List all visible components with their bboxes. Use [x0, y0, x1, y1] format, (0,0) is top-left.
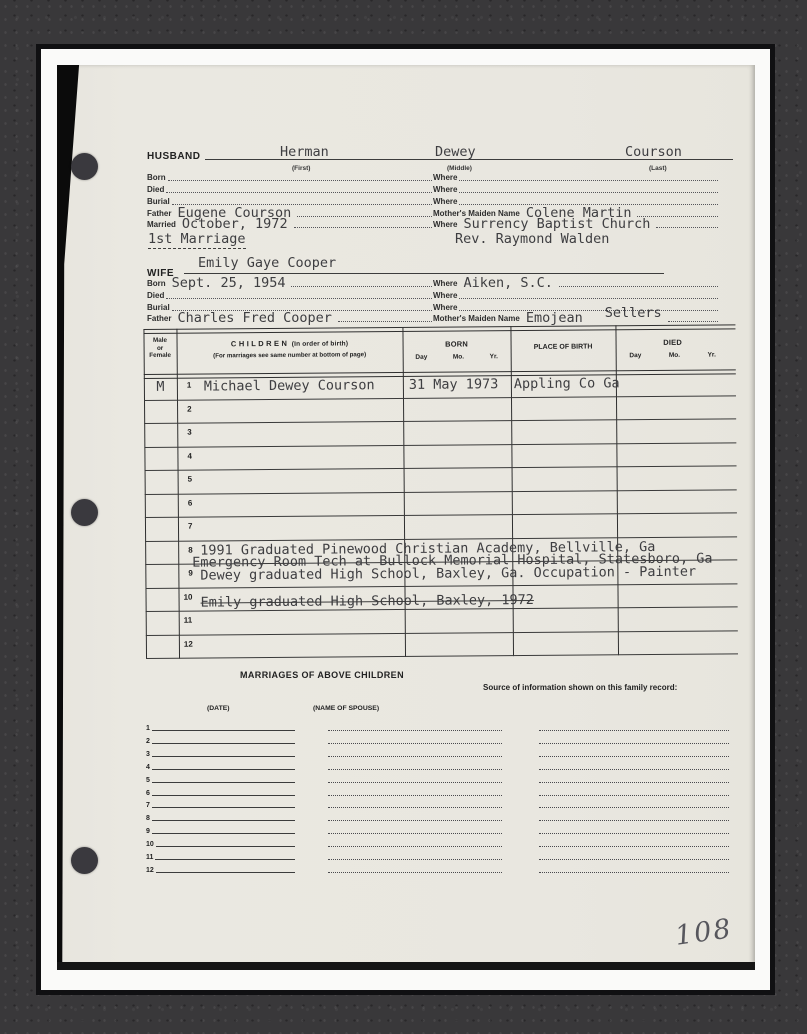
form-field-row: DiedWhere	[147, 182, 719, 194]
table-row-line	[144, 442, 736, 448]
marriage-line-number: 7	[146, 802, 150, 809]
field-value-typed: Sept. 25, 1954	[167, 278, 291, 289]
field-left-half: Born	[147, 173, 433, 182]
marriage-date-row: 3	[146, 749, 295, 758]
marriage-date-row: 12	[146, 865, 295, 874]
field-right-half: WhereAiken, S.C.	[433, 278, 719, 288]
marriage-spouse-line	[328, 820, 502, 821]
field-left-half: MarriedOctober, 1972	[147, 219, 433, 229]
field-label: Died	[147, 291, 165, 300]
spouse-column-label: (NAME OF SPOUSE)	[313, 705, 379, 712]
source-of-information-line	[539, 730, 729, 731]
date-column-label: (DATE)	[207, 705, 230, 712]
field-label: Born	[147, 173, 167, 182]
marriage-spouse-line	[328, 743, 502, 744]
source-of-information-line	[539, 756, 729, 757]
source-of-information-line	[539, 807, 729, 808]
field-label: Where	[433, 220, 458, 229]
child-row-number: 12	[184, 639, 193, 648]
table-row-line	[146, 653, 738, 659]
source-of-information-line	[539, 872, 729, 873]
dotted-rule	[166, 296, 432, 299]
field-label: Died	[147, 185, 165, 194]
field-label: Born	[147, 279, 167, 288]
children-table: Male or Female C H I L D R E N (In order…	[143, 324, 738, 660]
marriage-line-number: 10	[146, 841, 154, 848]
form-field-row: BurialWhere	[147, 194, 719, 206]
dotted-rule	[459, 178, 718, 181]
marriage-date-row: 8	[146, 813, 295, 822]
family-note: Emily graduated High School, Baxley, 197…	[201, 593, 534, 609]
marriage-date-line	[152, 833, 295, 834]
field-value-typed: Aiken, S.C.	[458, 278, 557, 289]
marriage-spouse-line	[328, 859, 502, 860]
field-right-half: Where	[433, 291, 719, 300]
marriage-date-row: 6	[146, 788, 295, 797]
form-field-row: FatherCharles Fred CooperMother's Maiden…	[147, 312, 719, 324]
table-row-line	[145, 583, 737, 589]
marriage-spouse-line	[328, 730, 502, 731]
marriage-date-row: 5	[146, 775, 295, 784]
field-label: Where	[433, 291, 458, 300]
scanned-family-record-page: HUSBAND Herman Dewey Courson (First) (Mi…	[57, 65, 755, 970]
husband-last-name: Courson	[625, 146, 682, 159]
marriages-title: MARRIAGES OF ABOVE CHILDREN	[197, 670, 447, 680]
child-born-date: 31 May 1973	[409, 378, 499, 392]
form-field-row: BornWhere	[147, 170, 719, 182]
marriage-date-row: 9	[146, 826, 295, 835]
marriage-line-number: 5	[146, 777, 150, 784]
marriage-spouse-line	[328, 846, 502, 847]
marriage-spouse-line	[328, 833, 502, 834]
dotted-rule	[668, 319, 718, 322]
field-left-half: Died	[147, 185, 433, 194]
marriage-spouse-line	[328, 807, 502, 808]
dotted-rule	[338, 319, 432, 322]
field-value-typed: Charles Fred Cooper	[172, 313, 336, 324]
dotted-rule	[459, 296, 718, 299]
field-left-half: Died	[147, 291, 433, 300]
family-note: Dewey graduated High School, Baxley, Ga.…	[200, 566, 696, 583]
marriage-date-row: 2	[146, 736, 295, 745]
born-column-header: BORN DayMo.Yr.	[403, 339, 511, 361]
marriage-line-number: 9	[146, 828, 150, 835]
wife-name-line	[184, 273, 664, 274]
field-label: Where	[433, 185, 458, 194]
marriage-date-line	[152, 795, 295, 796]
source-of-information-line	[539, 769, 729, 770]
field-right-half: Where	[433, 185, 719, 194]
table-row-line	[145, 465, 737, 471]
field-label: Father	[147, 209, 172, 218]
marriage-date-row: 10	[146, 839, 295, 848]
table-row-line	[144, 395, 736, 401]
marriage-date-line	[152, 743, 295, 744]
marriage-line-number: 3	[146, 751, 150, 758]
dotted-rule	[168, 178, 432, 181]
field-label: Mother's Maiden Name	[433, 314, 521, 323]
child-row-number: 2	[187, 404, 192, 413]
field-right-half: Where	[433, 173, 719, 182]
marriage-spouse-line	[328, 795, 502, 796]
sex-column-header: Male or Female	[144, 337, 177, 360]
marriage-spouse-line	[328, 756, 502, 757]
field-label: Where	[433, 303, 458, 312]
source-of-information-line	[539, 820, 729, 821]
field-label: Married	[147, 220, 177, 229]
source-of-information-line	[539, 795, 729, 796]
table-row-line	[145, 512, 737, 518]
photo-frame: HUSBAND Herman Dewey Courson (First) (Mi…	[36, 44, 775, 995]
source-of-information-line	[539, 859, 729, 860]
table-row-line	[144, 418, 736, 424]
child-row-number: 6	[188, 498, 193, 507]
field-label: Where	[433, 173, 458, 182]
source-of-information-line	[539, 833, 729, 834]
marriage-spouse-line	[328, 769, 502, 770]
handwritten-page-number: 108	[673, 913, 734, 952]
marriage-spouse-line	[328, 782, 502, 783]
marriage-line-number: 4	[146, 764, 150, 771]
child-sex: M	[144, 381, 177, 394]
child-row-number: 5	[188, 475, 193, 484]
dotted-rule	[166, 190, 432, 193]
child-row-number: 10	[184, 592, 193, 601]
child-row-number: 1	[187, 381, 192, 390]
source-of-information-line	[539, 782, 729, 783]
field-right-half: WhereSurrency Baptist Church	[433, 219, 719, 229]
wife-fields: BornSept. 25, 1954WhereAiken, S.C.DiedWh…	[147, 276, 719, 323]
place-of-birth-column-header: PLACE OF BIRTH	[511, 343, 616, 351]
husband-middle-name: Dewey	[435, 146, 476, 159]
child-row-number: 7	[188, 522, 193, 531]
hole-punch	[71, 499, 98, 526]
source-of-information-label: Source of information shown on this fami…	[483, 683, 678, 693]
field-label: Burial	[147, 197, 171, 206]
marriage-line-number: 2	[146, 738, 150, 745]
child-place-of-birth: Appling Co Ga	[514, 377, 620, 391]
source-of-information-line	[539, 743, 729, 744]
wife-name: Emily Gaye Cooper	[198, 257, 336, 270]
marriage-order-note: 1st Marriage	[148, 233, 246, 249]
husband-name-line	[205, 159, 733, 160]
marriage-date-row: 4	[146, 762, 295, 771]
scan-edge-bottom	[57, 962, 755, 970]
hole-punch	[71, 847, 98, 874]
child-row-number: 8	[188, 545, 193, 554]
field-label: Where	[433, 279, 458, 288]
dotted-rule	[294, 225, 432, 228]
field-label: Father	[147, 314, 172, 323]
form-field-row: BornSept. 25, 1954WhereAiken, S.C.	[147, 276, 719, 288]
hole-punch	[71, 153, 98, 180]
marriage-date-line	[156, 872, 295, 873]
table-row-line	[146, 630, 738, 636]
marriage-line-number: 1	[146, 725, 150, 732]
marriage-date-line	[152, 756, 295, 757]
marriage-line-number: 8	[146, 815, 150, 822]
field-value-typed: Emojean	[521, 313, 588, 324]
marriage-date-line	[152, 807, 295, 808]
marriage-date-line	[152, 820, 295, 821]
source-of-information-line	[539, 846, 729, 847]
marriage-line-number: 12	[146, 867, 154, 874]
child-row-number: 4	[187, 451, 192, 460]
marriage-date-row: 11	[146, 852, 295, 861]
officiant-name: Rev. Raymond Walden	[455, 233, 609, 246]
child-name: Michael Dewey Courson	[204, 379, 375, 393]
died-column-header: DIED DayMo.Yr.	[616, 337, 730, 359]
marriage-date-line	[152, 782, 295, 783]
marriage-date-line	[155, 859, 295, 860]
table-row-line	[145, 489, 737, 495]
husband-fields: BornWhereDiedWhereBurialWhereFatherEugen…	[147, 170, 719, 229]
marriage-line-number: 11	[146, 854, 153, 861]
dotted-rule	[559, 284, 718, 287]
marriage-spouse-line	[328, 872, 502, 873]
child-row-number: 11	[184, 616, 193, 625]
field-right-half: Mother's Maiden NameEmojeanSellers	[433, 313, 719, 323]
form-field-row: MarriedOctober, 1972WhereSurrency Baptis…	[147, 218, 719, 230]
field-value-typed: Sellers	[600, 308, 667, 319]
dotted-rule	[459, 190, 718, 193]
marriage-date-line	[156, 846, 295, 847]
child-row-number: 3	[187, 428, 192, 437]
field-label: Where	[433, 197, 458, 206]
field-value-typed: Surrency Baptist Church	[458, 219, 655, 230]
dotted-rule	[459, 308, 718, 311]
field-label: Burial	[147, 303, 171, 312]
dotted-rule	[291, 284, 432, 287]
field-value-typed: October, 1972	[177, 219, 293, 230]
field-left-half: FatherCharles Fred Cooper	[147, 313, 433, 323]
marriage-date-line	[152, 730, 295, 731]
field-left-half: BornSept. 25, 1954	[147, 278, 433, 288]
marriage-line-number: 6	[146, 790, 150, 797]
marriage-date-line	[152, 769, 295, 770]
husband-label: HUSBAND	[147, 151, 201, 162]
children-column-header: C H I L D R E N (In order of birth) (For…	[177, 338, 403, 360]
marriage-date-row: 7	[146, 800, 295, 809]
dotted-rule	[656, 225, 718, 228]
husband-first-name: Herman	[280, 146, 329, 159]
dotted-rule	[297, 214, 432, 217]
marriage-date-row: 1	[146, 723, 295, 732]
